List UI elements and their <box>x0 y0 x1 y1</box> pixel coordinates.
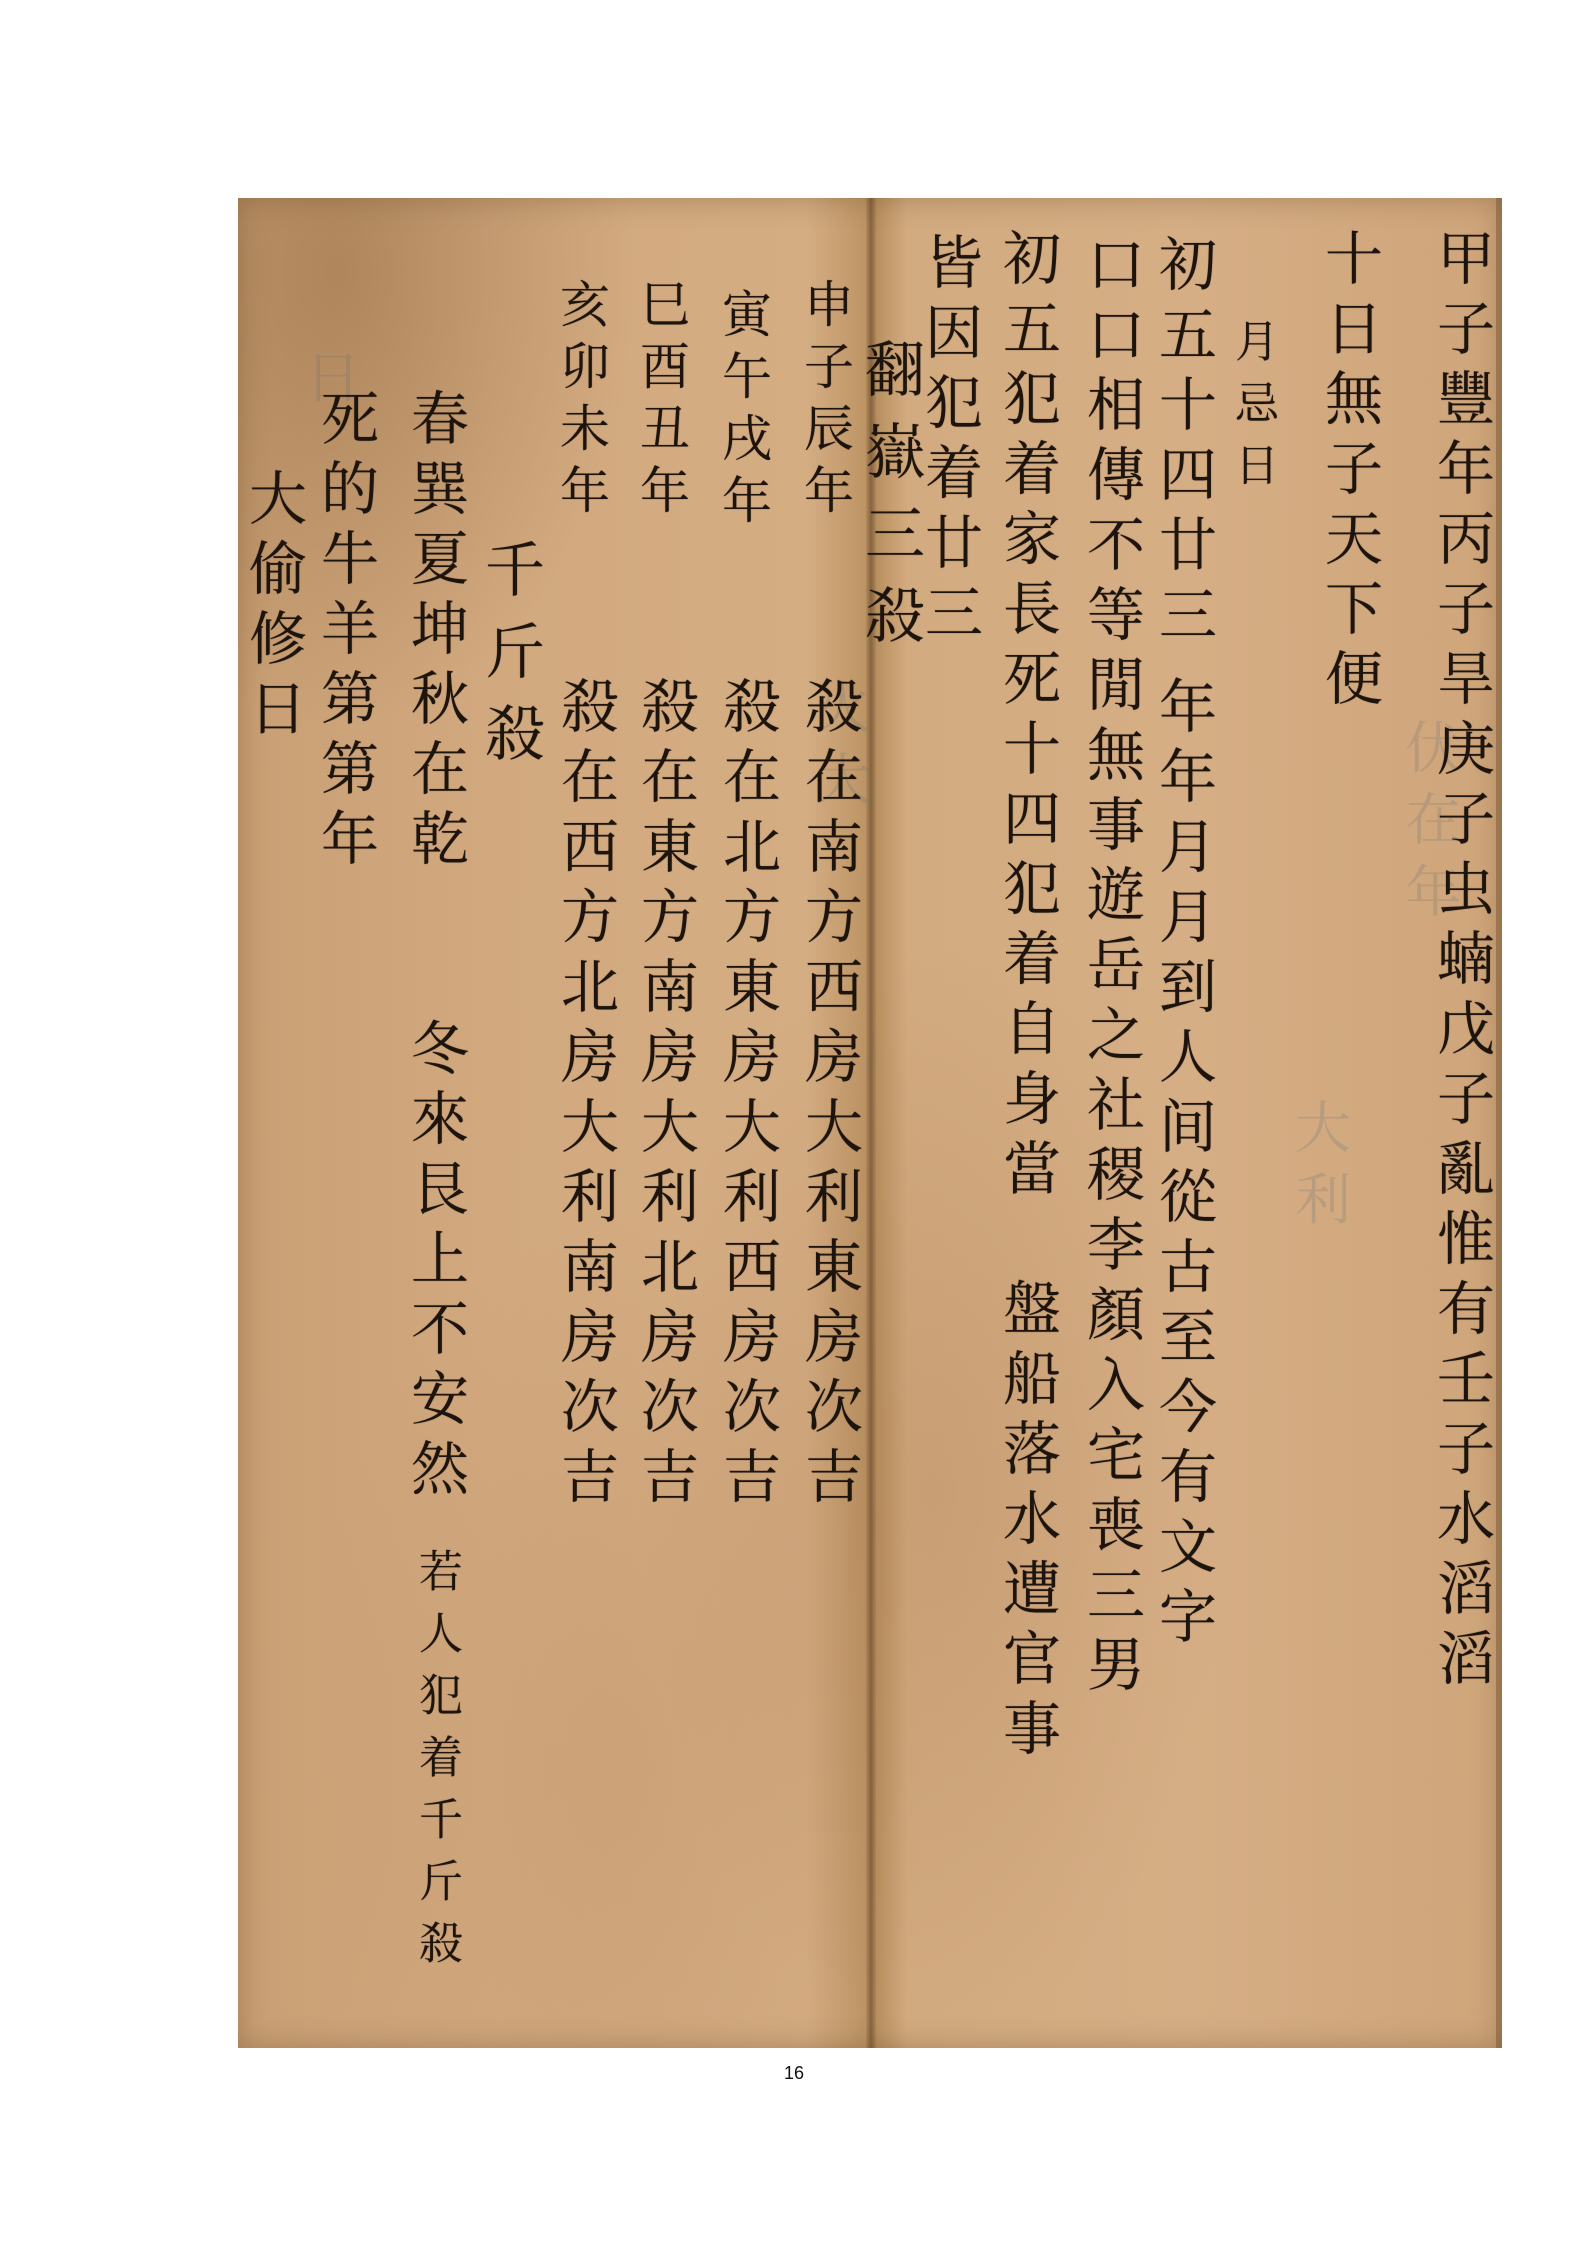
page-edge <box>1496 198 1502 2048</box>
final-line-da-tou-xiu-ri: 大偷修日 <box>244 468 302 748</box>
heading-qian-jin-sha: 千斤殺 <box>480 538 540 784</box>
qian-jin-sha-line-1a: 春巽夏坤秋在乾 <box>406 388 464 878</box>
san-sha-text-1: 殺在南方西房大利東房次吉 <box>800 676 858 1516</box>
san-sha-text-3: 殺在東方南房大利北房次吉 <box>636 676 694 1516</box>
page-number: 16 <box>0 2063 1588 2084</box>
qian-jin-sha-line-1c: 若人犯着千斤殺 <box>414 1548 458 1982</box>
text-column-5: 口口相傳不等閒無事遊岳之社稷李顏入宅喪三男 <box>1082 234 1140 1704</box>
text-column-4b: 年年月月到人间從古至今有文字 <box>1154 676 1212 1656</box>
san-sha-text-4: 殺在西方北房大利南房次吉 <box>556 676 614 1516</box>
text-column-7: 皆因犯着廿三 <box>920 232 978 652</box>
text-column-6: 初五犯着家長死十四犯着自身當𦨶盤船落水遭官事 <box>998 228 1056 1768</box>
text-column-1: 甲子豐年丙子旱庚子虫蝻戊子亂惟有壬子水滔滔 <box>1432 228 1490 1698</box>
qian-jin-sha-line-1b: 冬來艮上不安然 <box>406 1018 464 1508</box>
manuscript-scan: 伏在年 大利 火大 日 甲子豐年丙子旱庚子虫蝻戊子亂惟有壬子水滔滔 十日無子天下… <box>238 198 1502 2048</box>
san-sha-text-2: 殺在北方東房大利西房次吉 <box>718 676 776 1516</box>
san-sha-years-4: 亥卯未年 <box>556 278 606 526</box>
san-sha-years-2: 寅午戌年 <box>718 288 768 536</box>
text-column-2: 十日無子天下便 <box>1320 228 1378 718</box>
text-column-4a: 初五十四廿三 <box>1154 234 1212 654</box>
san-sha-years-1: 申子辰年 <box>800 278 850 526</box>
heading-san-sha: 翻嶽三殺 <box>860 338 920 666</box>
show-through-ink: 大利 <box>1278 1098 1358 1242</box>
san-sha-years-3: 巳酉丑年 <box>636 278 686 526</box>
qian-jin-sha-line-2: 死的牛羊第第年 <box>316 388 374 878</box>
text-column-month-taboo-heading: 月忌日 <box>1230 318 1274 504</box>
